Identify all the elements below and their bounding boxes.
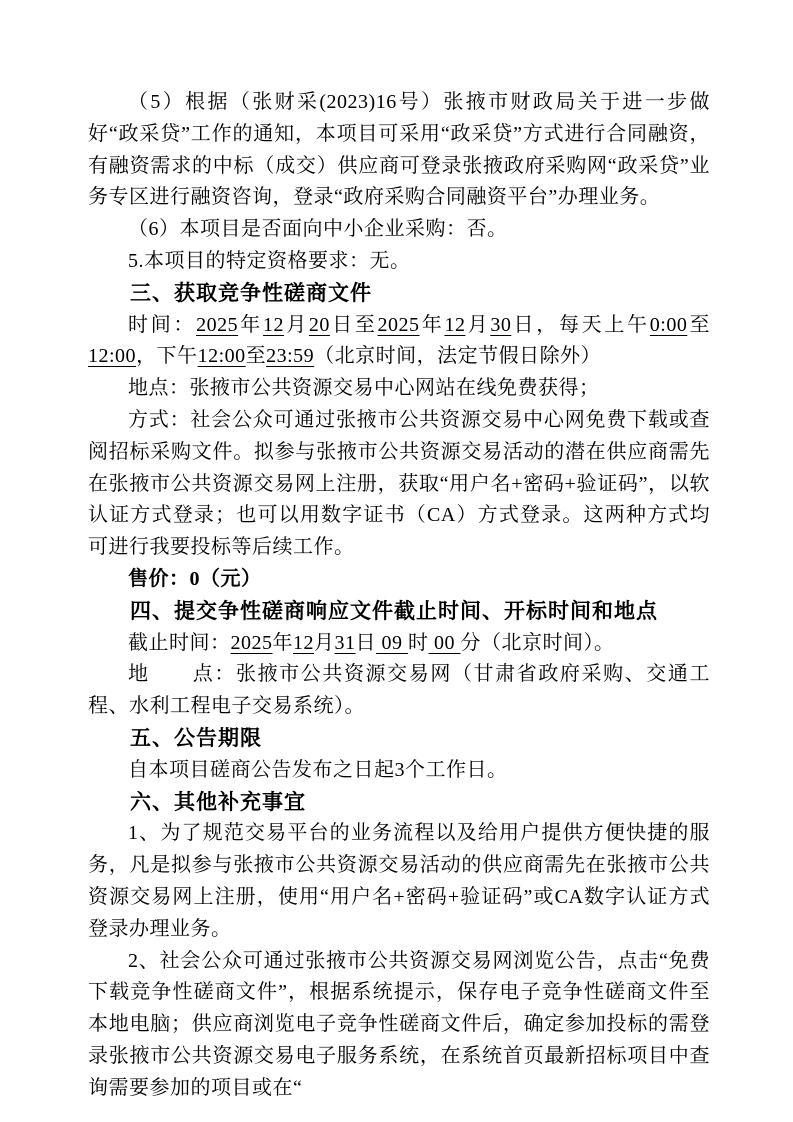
- para-price: 售价：0（元）: [88, 564, 710, 596]
- text-run: 23:59: [266, 345, 314, 367]
- text-run: 截止时间：: [128, 632, 231, 654]
- text-run: 20: [309, 314, 330, 336]
- text-run: （北京时间，法定节假日除外）: [314, 345, 601, 367]
- text-run: 至: [687, 314, 710, 336]
- para-obtain-method: 方式：社会公众可通过张掖市公共资源交易中心网免费下载或查阅招标采购文件。拟参与张…: [88, 405, 710, 564]
- para-deadline-time: 截止时间：2025年12月31日 09 时 00 分（北京时间）。: [88, 628, 710, 660]
- text-run: 月: [284, 314, 309, 336]
- text-run: 售价：0（元）: [128, 568, 262, 590]
- text-run: 年: [420, 314, 445, 336]
- para-obtain-location: 地点：张掖市公共资源交易中心网站在线免费获得；: [88, 373, 710, 405]
- heading-section-5-announcement-period: 五、公告期限: [88, 723, 710, 755]
- para-obtain-time: 时间：2025年12月20日至2025年12月30日，每天上午0:00至12:0…: [88, 310, 710, 374]
- text-run: 地 点：张掖市公共资源交易网（甘肃省政府采购、交通工程、水利工程电子交易系统）。: [88, 663, 710, 717]
- text-run: 12: [263, 314, 284, 336]
- text-run: 分（北京时间）。: [461, 632, 615, 654]
- text-run: 五、公告期限: [130, 727, 262, 750]
- text-run: 日至: [330, 314, 378, 336]
- text-run: 2025: [196, 314, 238, 336]
- text-run: 四、提交争性磋商响应文件截止时间、开标时间和地点: [130, 600, 658, 623]
- heading-section-6-supplementary: 六、其他补充事宜: [88, 787, 710, 819]
- text-run: 12: [444, 314, 465, 336]
- text-run: 1、为了规范交易平台的业务流程以及给用户提供方便快捷的服务，凡是拟参与张掖市公共…: [88, 822, 710, 939]
- text-run: 时: [408, 632, 429, 654]
- text-run: 0:00: [650, 314, 688, 336]
- text-run: 00: [429, 632, 461, 654]
- text-run: 12:00: [88, 345, 136, 367]
- text-run: 时间：: [128, 314, 196, 336]
- text-run: 12: [293, 632, 314, 654]
- text-run: 至: [246, 345, 267, 367]
- text-run: 月: [465, 314, 490, 336]
- text-run: 2025: [231, 632, 273, 654]
- text-run: 31: [335, 632, 356, 654]
- para-zhengcaidai-financing: （5）根据（张财采(2023)16号）张掖市财政局关于进一步做好“政采贷”工作的…: [88, 87, 710, 214]
- text-run: 三、获取竞争性磋商文件: [130, 282, 372, 305]
- heading-section-4-submission-deadline: 四、提交争性磋商响应文件截止时间、开标时间和地点: [88, 596, 710, 628]
- text-run: 30: [490, 314, 511, 336]
- text-run: （6）本项目是否面向中小企业采购：否。: [128, 218, 508, 240]
- text-run: 月: [314, 632, 335, 654]
- para-sme-procurement: （6）本项目是否面向中小企业采购：否。: [88, 214, 710, 246]
- text-run: 5.本项目的特定资格要求：无。: [128, 250, 411, 272]
- text-run: 09: [376, 632, 408, 654]
- text-run: （5）根据（张财采(2023)16号）张掖市财政局关于进一步做好“政采贷”工作的…: [88, 91, 710, 208]
- para-supplementary-1: 1、为了规范交易平台的业务流程以及给用户提供方便快捷的服务，凡是拟参与张掖市公共…: [88, 818, 710, 945]
- text-run: 年: [238, 314, 263, 336]
- text-run: 地点：张掖市公共资源交易中心网站在线免费获得；: [128, 377, 600, 399]
- text-run: 六、其他补充事宜: [130, 791, 306, 814]
- document-page: （5）根据（张财采(2023)16号）张掖市财政局关于进一步做好“政采贷”工作的…: [0, 0, 793, 1122]
- text-run: 2、社会公众可通过张掖市公共资源交易网浏览公告，点击“免费下载竞争性磋商文件”，…: [88, 950, 710, 1099]
- heading-section-3-obtain-documents: 三、获取竞争性磋商文件: [88, 278, 710, 310]
- text-run: 年: [273, 632, 294, 654]
- text-run: 日: [356, 632, 377, 654]
- para-announcement-period: 自本项目磋商公告发布之日起3个工作日。: [88, 755, 710, 787]
- para-opening-location: 地 点：张掖市公共资源交易网（甘肃省政府采购、交通工程、水利工程电子交易系统）。: [88, 659, 710, 723]
- text-run: 方式：社会公众可通过张掖市公共资源交易中心网免费下载或查阅招标采购文件。拟参与张…: [88, 409, 710, 558]
- announcement-body: （5）根据（张财采(2023)16号）张掖市财政局关于进一步做好“政采贷”工作的…: [88, 87, 710, 1105]
- para-supplementary-2: 2、社会公众可通过张掖市公共资源交易网浏览公告，点击“免费下载竞争性磋商文件”，…: [88, 946, 710, 1105]
- para-specific-qualification: 5.本项目的特定资格要求：无。: [88, 246, 710, 278]
- text-run: 2025: [378, 314, 420, 336]
- text-run: 12:00: [198, 345, 246, 367]
- text-run: ，下午: [136, 345, 198, 367]
- text-run: 日，每天上午: [511, 314, 649, 336]
- text-run: 自本项目磋商公告发布之日起3个工作日。: [128, 759, 508, 781]
